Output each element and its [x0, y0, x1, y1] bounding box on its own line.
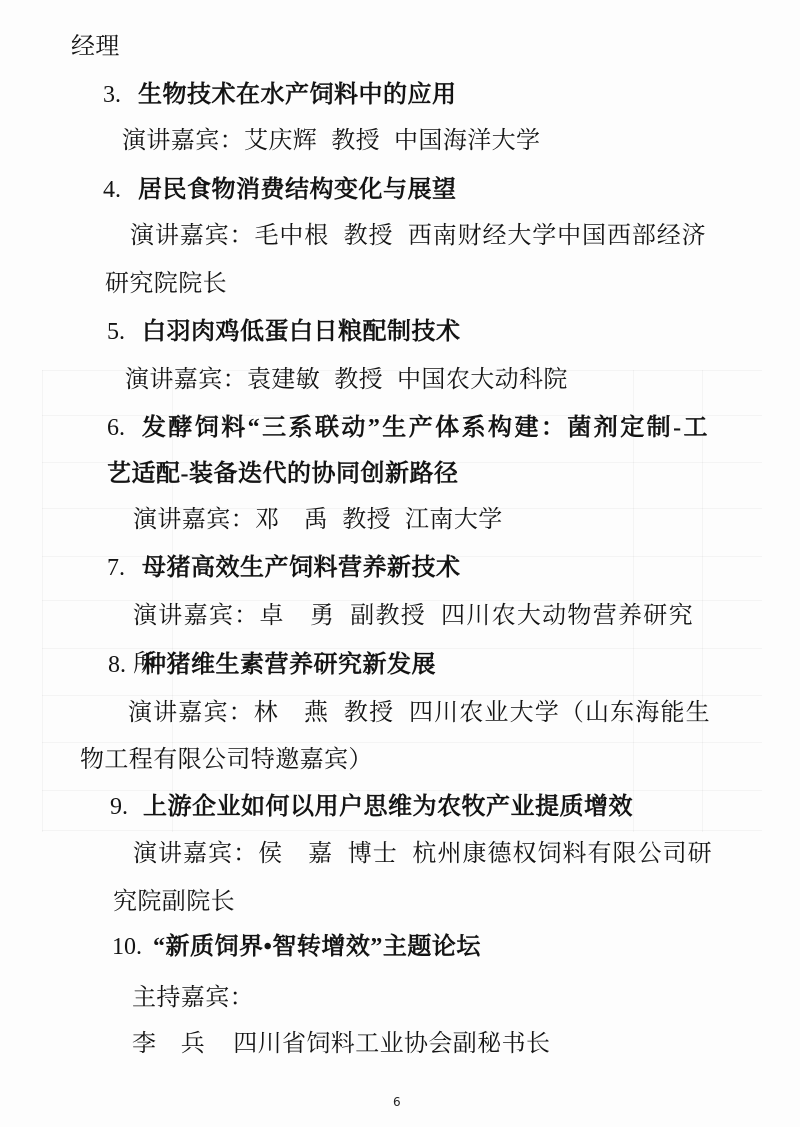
- speaker-name: 毛中根: [254, 223, 329, 249]
- item-number: 8.: [108, 641, 142, 689]
- agenda-item-9-speaker-cont: 究院副院长: [113, 878, 235, 926]
- speaker-name: 袁建敏: [247, 367, 320, 393]
- speaker-role: 教授: [331, 128, 380, 154]
- speaker-label: 演讲嘉宾：: [125, 367, 247, 393]
- speaker-role: 教授: [334, 367, 383, 393]
- agenda-item-4-speaker-cont: 研究院院长: [105, 260, 227, 308]
- speaker-label: 演讲嘉宾：: [133, 507, 255, 533]
- speaker-affiliation: 杭州康德权饲料有限公司研: [412, 841, 712, 867]
- agenda-item-9-speaker: 演讲嘉宾：侯 嘉博士杭州康德权饲料有限公司研: [133, 830, 712, 878]
- speaker-affiliation: 四川农业大学（山东海能生: [408, 700, 710, 726]
- agenda-item-6-title: 6.发酵饲料“三系联动”生产体系构建：菌剂定制-工: [107, 404, 708, 452]
- agenda-item-6-speaker: 演讲嘉宾：邓 禹教授江南大学: [133, 496, 503, 544]
- agenda-item-9-title: 9.上游企业如何以用户思维为农牧产业提质增效: [110, 783, 633, 831]
- speaker-affiliation: 中国海洋大学: [394, 128, 540, 154]
- speaker-name: 林 燕: [254, 700, 329, 726]
- continuation-line: 经理: [71, 23, 120, 71]
- speaker-role: 副教授: [349, 603, 426, 629]
- speaker-label: 演讲嘉宾：: [130, 223, 254, 249]
- speaker-name: 侯 嘉: [258, 841, 333, 867]
- agenda-item-10-title: 10.“新质饲界•智转增效”主题论坛: [112, 923, 481, 971]
- item-title: 白羽肉鸡低蛋白日粮配制技术: [142, 319, 461, 345]
- agenda-item-8-speaker-cont: 物工程有限公司特邀嘉宾）: [80, 736, 373, 784]
- speaker-name: 邓 禹: [255, 507, 328, 533]
- item-title: 上游企业如何以用户思维为农牧产业提质增效: [143, 794, 633, 820]
- speaker-role: 教授: [343, 700, 394, 726]
- speaker-label: 演讲嘉宾：: [133, 841, 258, 867]
- item-title: 居民食物消费结构变化与展望: [138, 177, 457, 203]
- agenda-item-3-speaker: 演讲嘉宾：艾庆辉教授中国海洋大学: [122, 117, 540, 165]
- agenda-item-8-speaker: 演讲嘉宾：林 燕教授四川农业大学（山东海能生: [128, 689, 710, 737]
- item-number: 4.: [103, 166, 138, 214]
- speaker-affiliation-cont: 究院副院长: [113, 889, 235, 915]
- item-number: 3.: [103, 71, 138, 119]
- speaker-role: 教授: [342, 507, 391, 533]
- item-number: 10.: [112, 923, 153, 971]
- speaker-affiliation: 西南财经大学中国西部经济: [407, 223, 706, 249]
- agenda-item-7-title: 7.母猪高效生产饲料营养新技术: [107, 544, 461, 592]
- agenda-item-5-title: 5.白羽肉鸡低蛋白日粮配制技术: [107, 308, 461, 356]
- agenda-item-5-speaker: 演讲嘉宾：袁建敏教授中国农大动科院: [125, 356, 568, 404]
- speaker-name: 卓 勇: [259, 603, 335, 629]
- speaker-affiliation-cont: 物工程有限公司特邀嘉宾）: [80, 747, 373, 773]
- speaker-label: 演讲嘉宾：: [122, 128, 244, 154]
- document-page: 经理 3.生物技术在水产饲料中的应用 演讲嘉宾：艾庆辉教授中国海洋大学 4.居民…: [0, 0, 800, 1127]
- agenda-item-4-speaker: 演讲嘉宾：毛中根教授西南财经大学中国西部经济: [130, 212, 706, 260]
- speaker-affiliation: 江南大学: [405, 507, 503, 533]
- speaker-name: 艾庆辉: [244, 128, 317, 154]
- item-number: 9.: [110, 783, 143, 831]
- agenda-item-8-title: 8.种猪维生素营养研究新发展: [108, 641, 436, 689]
- speaker-label: 演讲嘉宾：: [128, 700, 254, 726]
- speaker-label: 演讲嘉宾：: [133, 603, 259, 629]
- agenda-item-7-speaker: 演讲嘉宾：卓 勇副教授四川农大动物营养研究所: [133, 592, 693, 640]
- item-title-cont: 艺适配-装备迭代的协同创新路径: [107, 461, 459, 487]
- speaker-affiliation-cont: 研究院院长: [105, 271, 227, 297]
- agenda-item-4-title: 4.居民食物消费结构变化与展望: [103, 166, 457, 214]
- item-number: 5.: [107, 308, 142, 356]
- agenda-item-3-title: 3.生物技术在水产饲料中的应用: [103, 71, 457, 119]
- page-number: 6: [393, 1094, 401, 1110]
- speaker-role: 博士: [347, 841, 398, 867]
- item-number: 7.: [107, 544, 142, 592]
- item-title: 生物技术在水产饲料中的应用: [138, 82, 457, 108]
- item-title: 种猪维生素营养研究新发展: [142, 652, 436, 678]
- host-affiliation: 四川省饲料工业协会副秘书长: [233, 1031, 550, 1057]
- item-title: “新质饲界•智转增效”主题论坛: [153, 934, 481, 960]
- item-title: 母猪高效生产饲料营养新技术: [142, 555, 461, 581]
- host-label: 主持嘉宾：: [132, 985, 254, 1011]
- agenda-item-10-host: 李 兵四川省饲料工业协会副秘书长: [132, 1020, 550, 1068]
- agenda-item-10-host-label: 主持嘉宾：: [132, 974, 254, 1022]
- continuation-text: 经理: [71, 34, 120, 60]
- item-number: 6.: [107, 404, 140, 452]
- host-name: 李 兵: [132, 1031, 205, 1057]
- speaker-affiliation: 中国农大动科院: [397, 367, 568, 393]
- item-title: 发酵饲料“三系联动”生产体系构建：菌剂定制-工: [140, 415, 708, 441]
- speaker-role: 教授: [343, 223, 393, 249]
- agenda-item-6-title-cont: 艺适配-装备迭代的协同创新路径: [107, 450, 459, 498]
